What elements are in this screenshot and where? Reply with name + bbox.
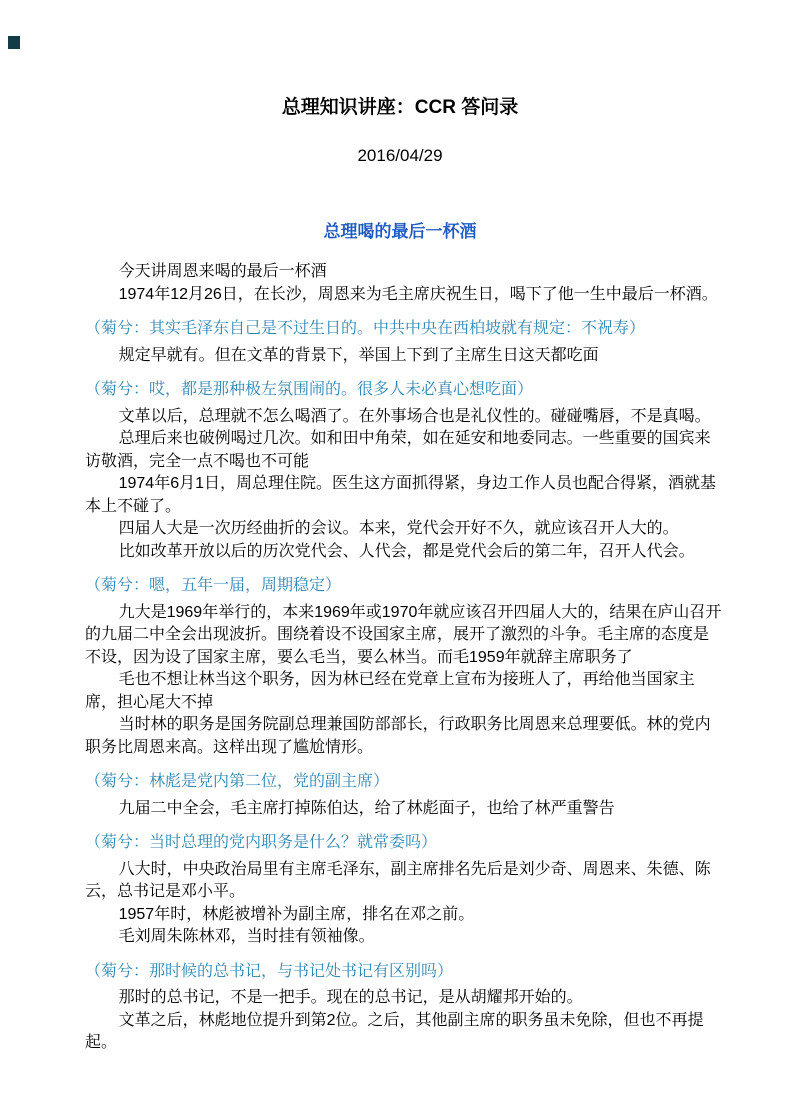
paragraph: 1957年时，林彪被增补为副主席，排名在邓之前。 — [85, 904, 723, 927]
page-corner-artifact — [8, 36, 20, 49]
section-heading: 总理喝的最后一杯酒 — [0, 217, 800, 242]
paragraph: 文革之后，林彪地位提升到第2位。之后，其他副主席的职务虽未免除，但也不再提起。 — [85, 1010, 723, 1055]
paragraph: 毛也不想让林当这个职务，因为林已经在党章上宣布为接班人了，再给他当国家主席，担心… — [85, 669, 723, 714]
paragraph: 九大是1969年举行的，本来1969年或1970年就应该召开四届人大的，结果在庐… — [85, 602, 723, 670]
document-title: 总理知识讲座：CCR 答问录 — [0, 0, 800, 119]
paragraph: 九届二中全会，毛主席打掉陈伯达，给了林彪面子，也给了林严重警告 — [85, 798, 723, 821]
comment-paragraph: （菊兮：其实毛泽东自己是不过生日的。中共中央在西柏坡就有规定：不祝寿） — [85, 318, 723, 341]
paragraph: 毛刘周朱陈林邓，当时挂有领袖像。 — [85, 926, 723, 949]
document-page: 总理知识讲座：CCR 答问录 2016/04/29 总理喝的最后一杯酒 今天讲周… — [0, 0, 800, 1100]
paragraph: 1974年6月1日，周总理住院。医生这方面抓得紧，身边工作人员也配合得紧，酒就基… — [85, 473, 723, 518]
paragraph: 四届人大是一次历经曲折的会议。本来，党代会开好不久，就应该召开人大的。 — [85, 518, 723, 541]
paragraph: 今天讲周恩来喝的最后一杯酒 — [85, 261, 723, 284]
paragraph: 规定早就有。但在文革的背景下，举国上下到了主席生日这天都吃面 — [85, 345, 723, 368]
paragraph: 那时的总书记，不是一把手。现在的总书记，是从胡耀邦开始的。 — [85, 987, 723, 1010]
document-body: 今天讲周恩来喝的最后一杯酒 1974年12月26日，在长沙，周恩来为毛主席庆祝生… — [85, 261, 723, 1055]
paragraph: 八大时，中央政治局里有主席毛泽东，副主席排名先后是刘少奇、周恩来、朱德、陈云，总… — [85, 859, 723, 904]
paragraph: 比如改革开放以后的历次党代会、人代会，都是党代会后的第二年，召开人代会。 — [85, 541, 723, 564]
document-date: 2016/04/29 — [0, 146, 800, 166]
paragraph: 文革以后，总理就不怎么喝酒了。在外事场合也是礼仪性的。碰碰嘴唇，不是真喝。 — [85, 406, 723, 429]
paragraph: 当时林的职务是国务院副总理兼国防部部长，行政职务比周恩来总理要低。林的党内职务比… — [85, 714, 723, 759]
comment-paragraph: （菊兮：林彪是党内第二位，党的副主席） — [85, 771, 723, 794]
comment-paragraph: （菊兮：那时候的总书记，与书记处书记有区别吗） — [85, 961, 723, 984]
paragraph: 1974年12月26日，在长沙，周恩来为毛主席庆祝生日，喝下了他一生中最后一杯酒… — [85, 284, 723, 307]
comment-paragraph: （菊兮：当时总理的党内职务是什么？就常委吗） — [85, 832, 723, 855]
comment-paragraph: （菊兮：哎，都是那种极左氛围闹的。很多人未必真心想吃面） — [85, 379, 723, 402]
comment-paragraph: （菊兮：嗯，五年一届，周期稳定） — [85, 575, 723, 598]
paragraph: 总理后来也破例喝过几次。如和田中角荣，如在延安和地委同志。一些重要的国宾来访敬酒… — [85, 428, 723, 473]
